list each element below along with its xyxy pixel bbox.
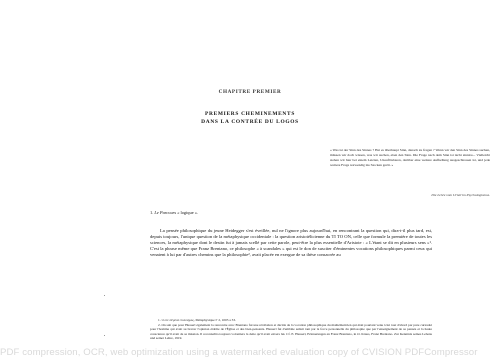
body-text: La pensée philosophique du jeune Heidegg… (150, 228, 432, 258)
chapter-title-line-2: DANS LA CONTRÉE DU LOGOS (0, 119, 500, 125)
body-paragraph: La pensée philosophique du jeune Heidegg… (150, 228, 432, 258)
chapter-heading: CHAPITRE PREMIER (0, 89, 500, 95)
section-title-italic: Le Parcours (154, 210, 176, 215)
epigraph-source: Die Lehre vom Urteil im Psychologismus. (330, 193, 490, 197)
watermark: PDF compression, OCR, web optimization u… (0, 347, 500, 358)
scan-speck (104, 295, 105, 296)
section-number: 1. (150, 210, 153, 215)
chapter-title-line-1: PREMIERS CHEMINEMENTS (0, 111, 500, 117)
epigraph-text: « Was ist der Sinn des Sinnes ? Hat es ü… (330, 148, 490, 168)
scan-speck (104, 335, 105, 336)
section-heading: 1. Le Parcours « logique ». (150, 210, 198, 215)
footnote-2: 2. On sait que pour Husserl également la… (150, 323, 432, 341)
section-title-rest: « logique ». (177, 210, 198, 215)
footnotes: 1. τὸ ὂν λέγεται πολλαχῶς, Métaphysique … (150, 318, 432, 341)
